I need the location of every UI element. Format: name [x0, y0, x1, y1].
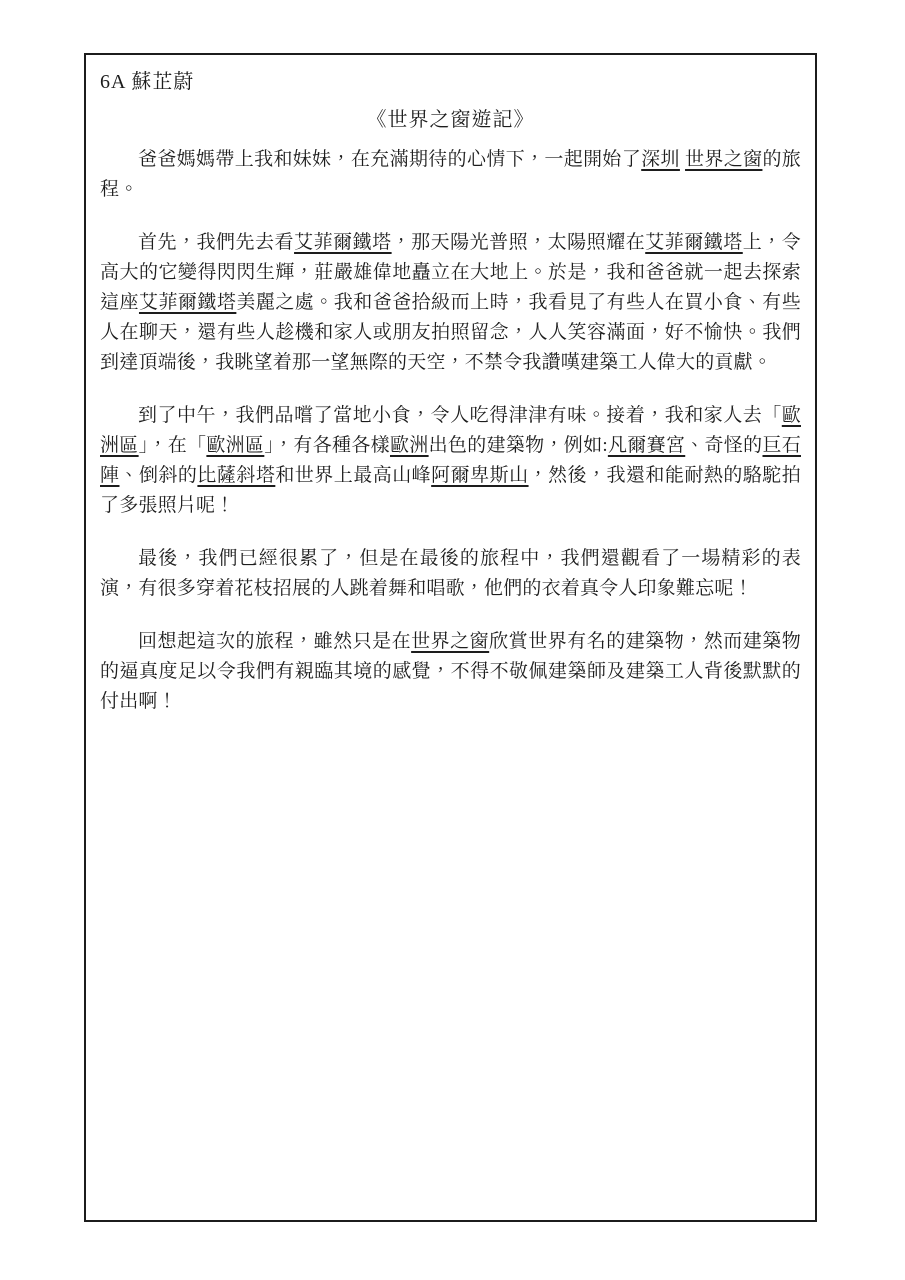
underlined-term: 艾菲爾鐵塔 [139, 292, 236, 313]
text-run: 」，有各種各樣 [264, 435, 390, 456]
text-run: 爸爸媽媽帶上我和妹妹，在充滿期待的心情下，一起開始了 [138, 149, 641, 170]
underlined-term: 艾菲爾鐵塔 [294, 232, 392, 253]
text-run: 、倒斜的 [119, 465, 197, 486]
underlined-term: 比薩斜塔 [197, 465, 275, 486]
underlined-term: 歐洲區 [206, 435, 264, 456]
underlined-term: 艾菲爾鐵塔 [645, 232, 743, 253]
text-run: 、奇怪的 [685, 435, 762, 456]
text-run: 和世界上最高山峰 [275, 465, 431, 486]
text-run: 回想起這次的旅程，雖然只是在 [138, 631, 411, 652]
text-run: 到了中午，我們品嚐了當地小食，令人吃得津津有味。接着，我和家人去「 [138, 405, 782, 426]
text-run: 首先，我們先去看 [138, 232, 294, 253]
text-run: 」，在「 [139, 435, 207, 456]
underlined-term: 凡爾賽宮 [608, 435, 685, 456]
essay-paragraph: 到了中午，我們品嚐了當地小食，令人吃得津津有味。接着，我和家人去「歐洲區」，在「… [100, 401, 801, 521]
underlined-term: 世界之窗 [685, 149, 762, 170]
underlined-term: 深圳 [641, 149, 680, 170]
underlined-term: 世界之窗 [411, 631, 489, 652]
essay-paragraph: 爸爸媽媽帶上我和妹妹，在充滿期待的心情下，一起開始了深圳 世界之窗的旅程。 [100, 145, 801, 205]
essay-title: 《世界之窗遊記》 [100, 105, 801, 135]
text-run: ，那天陽光普照，太陽照耀在 [392, 232, 646, 253]
essay-paragraph: 回想起這次的旅程，雖然只是在世界之窗欣賞世界有名的建築物，然而建築物的逼真度足以… [100, 627, 801, 717]
document-border: 6A 蘇芷蔚 《世界之窗遊記》 爸爸媽媽帶上我和妹妹，在充滿期待的心情下，一起開… [84, 53, 817, 1222]
scanned-essay-page: { "page": { "background": "#ffffff", "pa… [0, 0, 905, 1280]
essay-body: 爸爸媽媽帶上我和妹妹，在充滿期待的心情下，一起開始了深圳 世界之窗的旅程。首先，… [100, 145, 801, 717]
essay-paragraph: 最後，我們已經很累了，但是在最後的旅程中，我們還觀看了一場精彩的表演，有很多穿着… [100, 544, 801, 604]
text-run: 出色的建築物，例如: [429, 435, 608, 456]
student-name: 6A 蘇芷蔚 [100, 67, 801, 97]
underlined-term: 阿爾卑斯山 [431, 465, 528, 486]
underlined-term: 歐洲 [390, 435, 429, 456]
essay-paragraph: 首先，我們先去看艾菲爾鐵塔，那天陽光普照，太陽照耀在艾菲爾鐵塔上，令高大的它變得… [100, 228, 801, 378]
text-run: 最後，我們已經很累了，但是在最後的旅程中，我們還觀看了一場精彩的表演，有很多穿着… [100, 548, 801, 599]
